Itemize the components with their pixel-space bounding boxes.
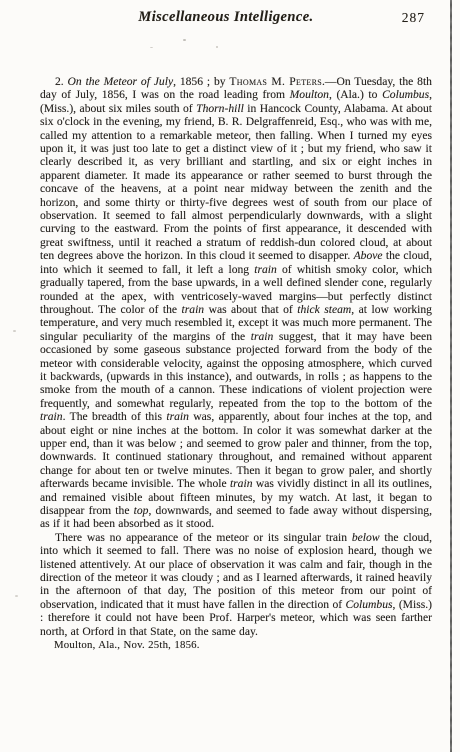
article-signature: Moulton, Ala., Nov. 25th, 1856.	[40, 639, 432, 652]
page-number: 287	[402, 10, 425, 26]
article-paragraph-2: There was no appearance of the meteor or…	[40, 531, 432, 638]
scan-artifact-line	[450, 0, 452, 752]
running-head: Miscellaneous Intelligence.	[0, 9, 452, 26]
article-paragraph-1: 2. On the Meteor of July, 1856 ; by Thom…	[40, 75, 432, 531]
scan-speck	[183, 39, 186, 41]
scan-speck	[216, 46, 218, 48]
journal-page: Miscellaneous Intelligence. 287 2. On th…	[0, 0, 460, 752]
article-body: 2. On the Meteor of July, 1856 ; by Thom…	[40, 75, 432, 652]
scan-speck	[15, 595, 18, 597]
scan-speck	[150, 47, 153, 48]
scan-speck	[13, 330, 16, 332]
